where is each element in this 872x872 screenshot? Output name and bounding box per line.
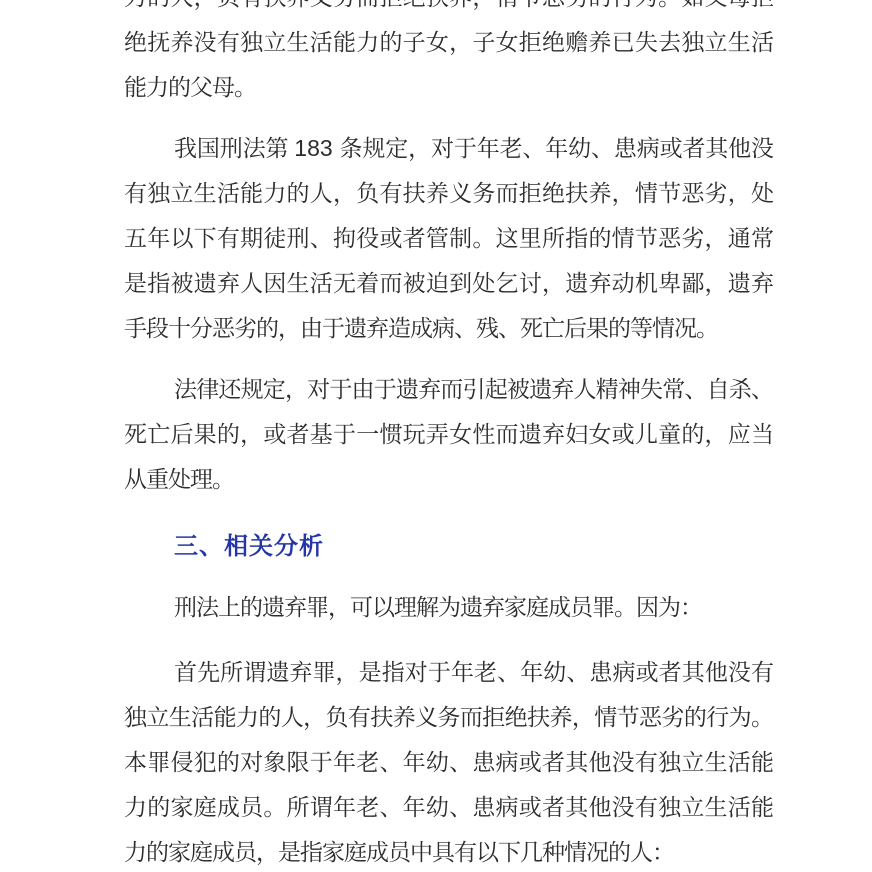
doc-line: 本罪侵犯的对象限于年老、年幼、患病或者其他没有独立生活能 [124, 740, 773, 785]
doc-text-segment: 条规定，对于年老、年幼、患病或者其他没 [339, 136, 773, 161]
document-page: 力的人，负有扶养义务而拒绝扶养，情节恶劣的行为。如父母拒 绝抚养没有独立生活能力… [0, 0, 872, 872]
doc-line: 是指被遗弃人因生活无着而被迫到处乞讨，遗弃动机卑鄙，遗弃 [124, 261, 773, 306]
doc-line: 手段十分恶劣的，由于遗弃造成病、残、死亡后果的等情况。 [124, 306, 773, 351]
section: 三、相关分析 [124, 524, 773, 569]
doc-line: 力的家庭成员，是指家庭成员中具有以下几种情况的人： [124, 830, 773, 872]
doc-line: 死亡后果的，或者基于一惯玩弄女性而遗弃妇女或儿童的，应当 [124, 412, 773, 457]
paragraph: 法律还规定，对于由于遗弃而引起被遗弃人精神失常、自杀、 死亡后果的，或者基于一惯… [124, 367, 773, 502]
section-heading: 三、相关分析 [124, 524, 773, 569]
paragraph: 我国刑法第183条规定，对于年老、年幼、患病或者其他没 有独立生活能力的人，负有… [124, 126, 773, 351]
doc-line: 独立生活能力的人，负有扶养义务而拒绝扶养，情节恶劣的行为。 [124, 695, 773, 740]
doc-line: 我国刑法第183条规定，对于年老、年幼、患病或者其他没 [124, 126, 773, 171]
doc-line: 首先所谓遗弃罪，是指对于年老、年幼、患病或者其他没有 [124, 650, 773, 695]
doc-line: 五年以下有期徒刑、拘役或者管制。这里所指的情节恶劣，通常 [124, 216, 773, 261]
doc-line: 有独立生活能力的人，负有扶养义务而拒绝扶养，情节恶劣，处 [124, 171, 773, 216]
doc-line: 绝抚养没有独立生活能力的子女，子女拒绝赡养已失去独立生活 [124, 20, 773, 65]
doc-line: 从重处理。 [124, 457, 773, 502]
article-number: 183 [288, 135, 338, 161]
doc-line: 能力的父母。 [124, 65, 773, 110]
doc-line: 刑法上的遗弃罪，可以理解为遗弃家庭成员罪。因为： [124, 585, 773, 630]
document-body: 力的人，负有扶养义务而拒绝扶养，情节恶劣的行为。如父母拒 绝抚养没有独立生活能力… [124, 0, 773, 872]
paragraph: 力的人，负有扶养义务而拒绝扶养，情节恶劣的行为。如父母拒 绝抚养没有独立生活能力… [124, 0, 773, 110]
doc-line: 力的人，负有扶养义务而拒绝扶养，情节恶劣的行为。如父母拒 [124, 0, 773, 20]
paragraph: 首先所谓遗弃罪，是指对于年老、年幼、患病或者其他没有 独立生活能力的人，负有扶养… [124, 650, 773, 872]
doc-line: 力的家庭成员。所谓年老、年幼、患病或者其他没有独立生活能 [124, 785, 773, 830]
doc-line: 法律还规定，对于由于遗弃而引起被遗弃人精神失常、自杀、 [124, 367, 773, 412]
doc-text-segment: 我国刑法第 [174, 136, 288, 161]
paragraph: 刑法上的遗弃罪，可以理解为遗弃家庭成员罪。因为： [124, 585, 773, 630]
